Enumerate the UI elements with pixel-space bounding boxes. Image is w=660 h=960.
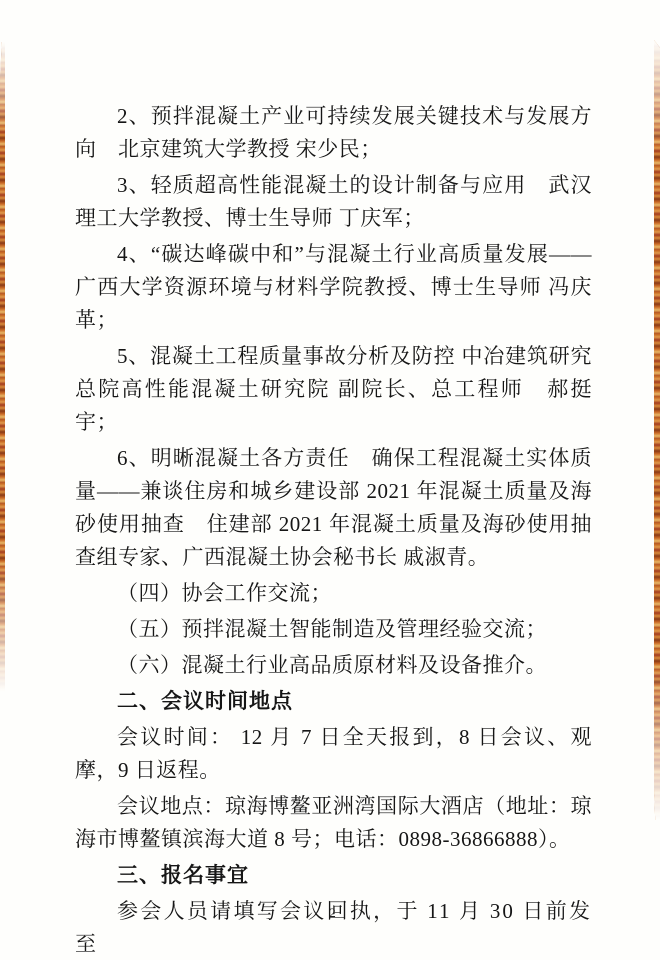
agenda-item-5: 5、混凝土工程质量事故分析及防控 中冶建筑研究总院高性能混凝土研究院 副院长、总… <box>75 340 592 439</box>
agenda-item-3: 3、轻质超高性能混凝土的设计制备与应用 武汉理工大学教授、博士生导师 丁庆军； <box>75 169 592 235</box>
heading-meeting-time-place: 二、会议时间地点 <box>75 685 592 718</box>
agenda-item-6: 6、明晰混凝土各方责任 确保工程混凝土实体质量——兼谈住房和城乡建设部 2021… <box>75 442 592 574</box>
document-body: 2、预拌混凝土产业可持续发展关键技术与发展方向 北京建筑大学教授 宋少民； 3、… <box>75 100 592 960</box>
scanned-document-page: 2、预拌混凝土产业可持续发展关键技术与发展方向 北京建筑大学教授 宋少民； 3、… <box>0 0 660 960</box>
meeting-time: 会议时间： 12 月 7 日全天报到，8 日会议、观摩，9 日返程。 <box>75 721 592 787</box>
heading-registration: 三、报名事宜 <box>75 859 592 892</box>
agenda-item-2: 2、预拌混凝土产业可持续发展关键技术与发展方向 北京建筑大学教授 宋少民； <box>75 100 592 166</box>
agenda-section-4: （四）协会工作交流； <box>75 577 592 610</box>
agenda-section-6: （六）混凝土行业高品质原材料及设备推介。 <box>75 649 592 682</box>
agenda-section-5: （五）预拌混凝土智能制造及管理经验交流； <box>75 613 592 646</box>
agenda-item-4: 4、“碳达峰碳中和”与混凝土行业高质量发展——广西大学资源环境与材料学院教授、博… <box>75 238 592 337</box>
page-number: 2 <box>75 905 590 921</box>
scan-background-edge-left <box>0 42 5 692</box>
scan-background-edge-right <box>654 40 660 820</box>
meeting-place: 会议地点：琼海博鳌亚洲湾国际大酒店（地址：琼海市博鳌镇滨海大道 8 号；电话：0… <box>75 790 592 856</box>
